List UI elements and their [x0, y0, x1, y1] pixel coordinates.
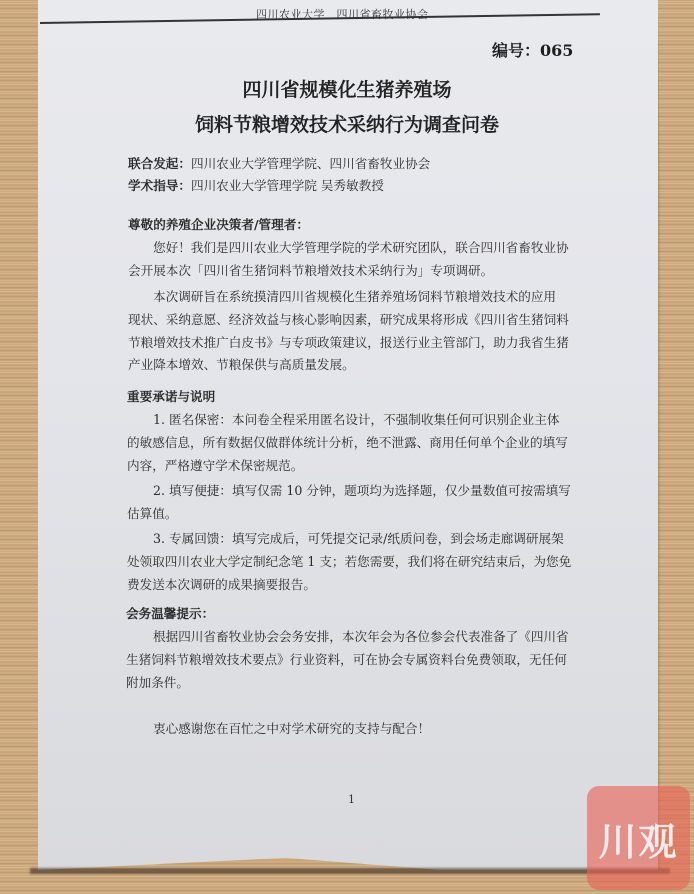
joint-sponsor-row: 联合发起：四川农业大学管理学院、四川省畜牧业协会 — [128, 155, 430, 173]
advisor-row: 学术指导：四川农业大学管理学院 吴秀敏教授 — [128, 177, 384, 195]
title-line-1: 四川省规模化生猪养殖场 — [0, 75, 694, 102]
tips-line: 生猪饲料节粮增效技术要点》行业资料，可在协会专属资料台免费领取，无任何 — [126, 651, 567, 669]
tips-line: 根据四川省畜牧业协会会务安排，本次年会为各位参会代表准备了《四川省 — [153, 628, 569, 646]
commitment-2-line: 估算值。 — [127, 505, 177, 523]
closing-thanks: 衷心感谢您在百忙之中对学术研究的支持与配合！ — [153, 720, 430, 738]
advisor-label: 学术指导： — [128, 178, 191, 193]
title-line-2: 饲料节粮增效技术采纳行为调查问卷 — [0, 110, 694, 137]
purpose-line: 节粮增效技术推广白皮书》与专项政策建议，报送行业主管部门，助力我省生猪 — [128, 334, 569, 352]
joint-sponsor-label: 联合发起： — [128, 156, 191, 171]
purpose-line: 现状、采纳意愿、经济效益与核心影响因素，研究成果将形成《四川省生猪饲料 — [128, 311, 569, 329]
commitment-1-line: 1. 匿名保密：本问卷全程采用匿名设计，不强制收集任何可识别企业主体 — [153, 411, 559, 429]
salutation: 尊敬的养殖企业决策者/管理者： — [128, 216, 309, 234]
tips-heading: 会务温馨提示： — [126, 605, 214, 623]
page-number: 1 — [348, 793, 355, 806]
commitment-3-line: 3. 专属回馈：填写完成后，可凭提交记录/纸质问卷，到会场走廊调研展架 — [153, 530, 564, 548]
watermark-logo: 川观 — [587, 786, 690, 890]
tips-line: 附加条件。 — [126, 674, 189, 692]
advisor-value: 四川农业大学管理学院 吴秀敏教授 — [191, 178, 384, 193]
commitments-heading: 重要承诺与说明 — [127, 388, 215, 406]
commitment-3-line: 处领取四川农业大学定制纪念笔 1 支；若您需要，我们将在研究结束后，为您免 — [127, 553, 571, 571]
intro-line: 您好！我们是四川农业大学管理学院的学术研究团队，联合四川省畜牧业协 — [153, 239, 569, 257]
purpose-line: 本次调研旨在系统摸清四川省规模化生猪养殖场饲料节粮增效技术的应用 — [153, 288, 556, 306]
page-shadow — [30, 868, 670, 874]
commitment-2-line: 2. 填写便捷：填写仅需 10 分钟，题项均为选择题，仅少量数值可按需填写 — [153, 482, 571, 500]
purpose-line: 产业降本增效、节粮保供与高质量发展。 — [128, 356, 355, 374]
watermark-text: 川观 — [598, 811, 678, 866]
intro-line: 会开展本次「四川省生猪饲料节粮增效技术采纳行为」专项调研。 — [128, 262, 493, 280]
joint-sponsor-value: 四川农业大学管理学院、四川省畜牧业协会 — [191, 156, 430, 171]
document-number: 编号：065 — [492, 38, 573, 61]
commitment-3-line: 费发送本次调研的成果摘要报告。 — [127, 576, 316, 594]
commitment-1-line: 内容，严格遵守学术保密规范。 — [127, 457, 303, 475]
commitment-1-line: 的敏感信息，所有数据仅做群体统计分析，绝不泄露、商用任何单个企业的填写 — [127, 434, 568, 452]
